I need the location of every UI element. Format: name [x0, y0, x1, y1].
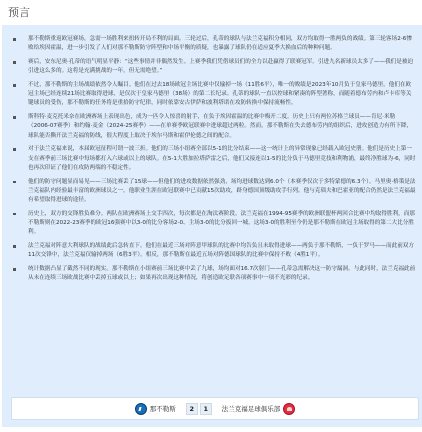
- bullet-icon: [13, 148, 16, 151]
- bullet-icon: [13, 38, 16, 41]
- list-item-text: 他们的防守问题显而易见——三场比赛丢了15球——但他们的进攻数据依然强劲，场均进…: [28, 179, 416, 203]
- away-score: 1: [200, 403, 212, 415]
- list-item: 统计数据凸显了截然不同的现实。那不勒斯在小组赛前三场比赛中丢了九球，场均面对16…: [10, 265, 416, 283]
- list-item: 斯科特·麦克托米奈在欧洲赛场上表现出色，成为一匹令人惊喜的射手，在负于埃因霍温的…: [10, 113, 416, 141]
- analysis-list: 那不勒斯重返欧冠赛场，急需一场胜利来扭转开局不利的局面。三轮过后，孔蒂的球队与法…: [2, 25, 422, 283]
- predicted-score-bar: 那不勒斯 2 1 法兰克福足球俱乐部: [11, 397, 419, 420]
- list-item: 那不勒斯重返欧冠赛场，急需一场胜利来扭转开局不利的局面。三轮过后，孔蒂的球队与法…: [10, 35, 416, 53]
- page-title: 预言: [0, 0, 422, 25]
- bullet-icon: [13, 84, 16, 87]
- bullet-icon: [13, 268, 16, 271]
- list-item-text: 赛后，安东尼奥·孔蒂的语气明显平静：“这些事情并非偶然发生。上赛季我们凭借球员们…: [28, 59, 413, 74]
- bullet-icon: [13, 245, 16, 248]
- bullet-icon: [13, 116, 16, 119]
- list-item: 不过，那不勒斯的主场战绩依然令人瞩目。他们在过去18场欧冠主场比赛中仅输掉一场（…: [10, 81, 416, 109]
- list-item: 法兰克福对阵意大利球队的战绩此后急转直下。他们在最近三场对阵意甲球队的比赛中均告…: [10, 242, 416, 260]
- frankfurt-crest-icon: [283, 403, 295, 415]
- list-item-text: 对于法兰克福来说，本届欧冠征程可谓一波三折。他们的三场小组赛全部以5-1的比分结…: [28, 146, 415, 170]
- away-team-name[interactable]: 法兰克福足球俱乐部: [222, 404, 281, 413]
- list-item-text: 那不勒斯重返欧冠赛场，急需一场胜利来扭转开局不利的局面。三轮过后，孔蒂的球队与法…: [28, 36, 412, 51]
- home-score: 2: [186, 403, 198, 415]
- list-item-text: 法兰克福对阵意大利球队的战绩此后急转直下。他们在最近三场对阵意甲球队的比赛中均告…: [28, 243, 414, 258]
- list-item-text: 历史上，双方的交锋胜负难分。两队在欧洲赛场上交手四次，每次都是在淘汰赛阶段。法兰…: [28, 211, 415, 235]
- list-item-text: 斯科特·麦克托米奈在欧洲赛场上表现出色，成为一匹令人惊喜的射手，在负于埃因霍温的…: [28, 114, 412, 138]
- list-item: 他们的防守问题显而易见——三场比赛丢了15球——但他们的进攻数据依然强劲，场均进…: [10, 178, 416, 206]
- prediction-panel: 那不勒斯重返欧冠赛场，急需一场胜利来扭转开局不利的局面。三轮过后，孔蒂的球队与法…: [2, 25, 422, 427]
- list-item: 对于法兰克福来说，本届欧冠征程可谓一波三折。他们的三场小组赛全部以5-1的比分结…: [10, 145, 416, 173]
- list-item-text: 不过，那不勒斯的主场战绩依然令人瞩目。他们在过去18场欧冠主场比赛中仅输掉一场（…: [28, 82, 411, 106]
- bullet-icon: [13, 181, 16, 184]
- list-item-text: 统计数据凸显了截然不同的现实。那不勒斯在小组赛前三场比赛中丢了九球，场均面对16…: [28, 266, 415, 281]
- napoli-crest-icon: [135, 403, 147, 415]
- bullet-icon: [13, 213, 16, 216]
- home-team-name[interactable]: 那不勒斯: [150, 404, 176, 413]
- list-item: 赛后，安东尼奥·孔蒂的语气明显平静：“这些事情并非偶然发生。上赛季我们凭借球员们…: [10, 58, 416, 76]
- bullet-icon: [13, 61, 16, 64]
- list-item: 历史上，双方的交锋胜负难分。两队在欧洲赛场上交手四次，每次都是在淘汰赛阶段。法兰…: [10, 210, 416, 238]
